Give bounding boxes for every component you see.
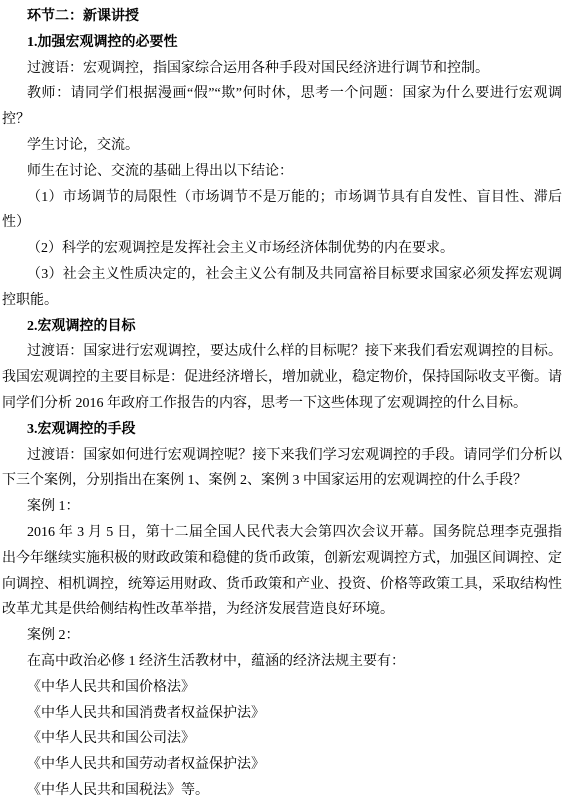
para-transition-goals: 过渡语：国家进行宏观调控，要达成什么样的目标呢？接下来我们看宏观调控的目标。我国… <box>2 339 562 416</box>
para-conclusion-lead: 师生在讨论、交流的基础上得出以下结论： <box>2 159 562 185</box>
para-conclusion-3: （3）社会主义性质决定的，社会主义公有制及共同富裕目标要求国家必须发挥宏观调控职… <box>2 262 562 314</box>
law-item-tax: 《中华人民共和国税法》等。 <box>2 778 562 800</box>
law-item-price: 《中华人民共和国价格法》 <box>2 675 562 701</box>
heading-session-2: 环节二：新课讲授 <box>2 4 562 30</box>
label-case-1: 案例 1： <box>2 494 562 520</box>
para-case-2-intro: 在高中政治必修 1 经济生活教材中，蕴涵的经济法规主要有： <box>2 649 562 675</box>
para-case-1-body: 2016 年 3 月 5 日，第十二届全国人民代表大会第四次会议开幕。国务院总理… <box>2 520 562 623</box>
para-student-discussion: 学生讨论，交流。 <box>2 133 562 159</box>
document-page: 环节二：新课讲授 1.加强宏观调控的必要性 过渡语：宏观调控，指国家综合运用各种… <box>0 0 564 800</box>
heading-goals: 2.宏观调控的目标 <box>2 314 562 340</box>
heading-means: 3.宏观调控的手段 <box>2 417 562 443</box>
para-conclusion-1: （1）市场调节的局限性（市场调节不是万能的；市场调节具有自发性、盲目性、滞后性） <box>2 185 562 237</box>
label-case-2: 案例 2： <box>2 623 562 649</box>
para-transition-necessity: 过渡语：宏观调控，指国家综合运用各种手段对国民经济进行调节和控制。 <box>2 56 562 82</box>
law-item-consumer-protection: 《中华人民共和国消费者权益保护法》 <box>2 701 562 727</box>
law-item-labor-protection: 《中华人民共和国劳动者权益保护法》 <box>2 752 562 778</box>
law-item-company: 《中华人民共和国公司法》 <box>2 726 562 752</box>
para-conclusion-2: （2）科学的宏观调控是发挥社会主义市场经济体制优势的内在要求。 <box>2 236 562 262</box>
heading-necessity: 1.加强宏观调控的必要性 <box>2 30 562 56</box>
para-transition-means: 过渡语：国家如何进行宏观调控呢？接下来我们学习宏观调控的手段。请同学们分析以下三… <box>2 443 562 495</box>
para-teacher-question: 教师：请同学们根据漫画“假”“欺”何时休，思考一个问题：国家为什么要进行宏观调控… <box>2 81 562 133</box>
